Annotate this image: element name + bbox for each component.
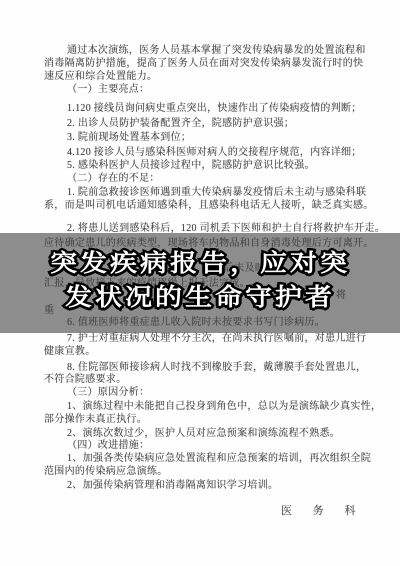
doc-text-layer: 通过本次演练，医务人员基本掌握了突发传染病暴发的处置流程和消毒隔离防护措施，提高…: [0, 0, 400, 566]
doc-line: 不符合院感要求。: [44, 374, 126, 385]
doc-line: 消毒隔离防护措施，提高了医务人员在面对突发传染病暴发流行时的快: [44, 58, 363, 69]
doc-line: 8. 住院部医师接诊病人时找不到橡胶手套，戴薄膜手套处置患儿，: [67, 362, 366, 373]
doc-line: 1.120 接线员询问病史重点突出，快速作出了传染病疫情的判断；: [67, 103, 362, 114]
doc-line-fragment: 重: [44, 305, 54, 316]
doc-line: 1、加强各类传染病应急处置流程和应急预案的培训，再次组织全院: [67, 453, 371, 464]
doc-line: 7. 护士对重症病人处理不分主次，在尚未执行医嘱前，对患儿进行: [67, 333, 366, 344]
doc-line: 2. 将患儿送到感染科后，120 司机丢下医师和护士自行将救护车开走。: [67, 223, 385, 234]
doc-line: 5. 感染科医护人员接诊过程中，院感防护意识比较强。: [67, 160, 315, 171]
doc-line: （二）存在的不足：: [67, 173, 160, 184]
doc-line: （一）主要亮点：: [67, 84, 149, 95]
doc-line: 汇报，导致接下来的疫情逐级上报无法完成。: [44, 278, 250, 289]
doc-line: 系，而是叫司机电话通知感染科，且感染科电话无人接听，缺乏真实感。: [44, 200, 374, 211]
doc-line: 6. 值班医师将重症患儿收入院时未按要求书写门诊病历。: [67, 317, 325, 328]
doc-line: 2、加强传染病管理和消毒隔离知识学习培训。: [67, 480, 278, 491]
doc-line: 应待确定患儿的疾病类型，现场将车内物品和自身消毒处理后方可离开。: [44, 238, 374, 249]
doc-line: 1、演练过程中未能把自己投身到角色中，总以为是演练缺少真实性，: [67, 401, 381, 412]
doc-line: 2、演练次数过少，医护人员对应急预案和演练流程不熟悉。: [67, 428, 340, 439]
doc-line-fragment: 将: [336, 290, 346, 301]
scanned-document-page: 通过本次演练，医务人员基本掌握了突发传染病暴发的处置流程和消毒隔离防护措施，提高…: [0, 0, 400, 566]
doc-line: 2. 出诊人员防护装备配置齐全，院感防护意识强；: [67, 118, 294, 129]
doc-line: （四）改进措施：: [67, 440, 149, 451]
doc-line-fragment: 后未及时: [224, 263, 265, 274]
department-signature: 医 务 科: [281, 506, 365, 517]
doc-line: 3. 院前现场处置基本到位；: [67, 132, 191, 143]
doc-line: 范围内的传染病应急演练。: [44, 466, 168, 477]
doc-line: （三）原因分析：: [67, 387, 149, 398]
doc-line: 健康宣教。: [44, 346, 96, 357]
doc-line: 1. 院前急救接诊医师遇到重大传染病暴发疫情后未主动与感染科联: [67, 187, 366, 198]
doc-line: 4.120 接诊人员与感染科医师对病人的交接程序规范，内容详细；: [67, 147, 362, 158]
doc-line: 部分操作未真正执行。: [44, 414, 147, 425]
doc-line: 通过本次演练，医务人员基本掌握了突发传染病暴发的处置流程和: [67, 45, 366, 56]
doc-line: 速反应和综合处置能力。: [44, 71, 157, 82]
